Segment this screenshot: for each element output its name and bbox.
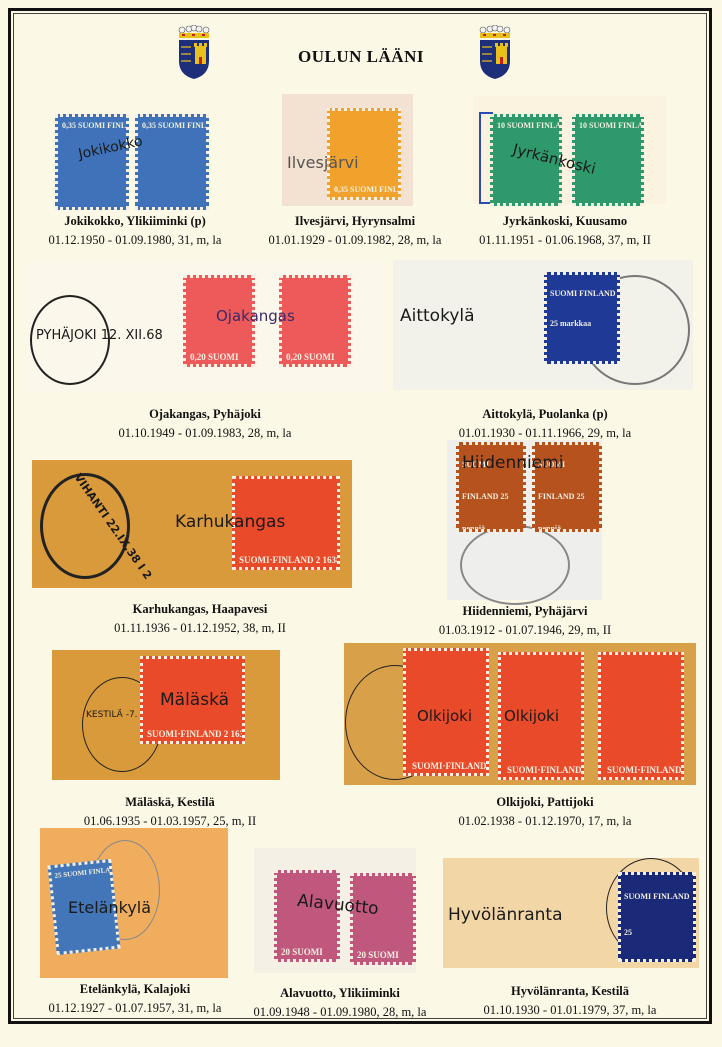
- overprint-text: Hyvölänranta: [448, 905, 562, 925]
- caption-details: 01.11.1951 - 01.06.1968, 37, m, II: [460, 231, 670, 250]
- stamp-text: SUOMI·FINLAND 2 1638 1938: [239, 555, 340, 565]
- caption-details: 01.10.1930 - 01.01.1979, 37, m, la: [460, 1001, 680, 1020]
- overprint-text: Karhukangas: [175, 512, 285, 532]
- stamp-text: 0,35 SUOMI FINLAND: [334, 185, 401, 194]
- stamp-text: 20 SUOMI: [357, 950, 399, 960]
- caption-name: Etelänkylä, Kalajoki: [30, 980, 240, 999]
- caption: Alavuotto, Ylikiiminki 01.09.1948 - 01.0…: [240, 984, 440, 1022]
- stamp-text: SUOMI FINLAND 25 markkaa: [550, 279, 616, 339]
- stamp-text: 0,20 SUOMI: [286, 352, 335, 362]
- postmark-text: PYHÄJOKI 12. XII.68: [36, 328, 163, 343]
- caption: Karhukangas, Haapavesi 01.11.1936 - 01.1…: [40, 600, 360, 638]
- caption-name: Jokikokko, Ylikiiminki (p): [30, 212, 240, 231]
- overprint-text: Ilvesjärvi: [287, 153, 359, 172]
- stamp-text: SUOMI·FINLAND 2: [507, 765, 584, 775]
- caption-name: Karhukangas, Haapavesi: [40, 600, 360, 619]
- caption-details: 01.01.1929 - 01.09.1982, 28, m, la: [255, 231, 455, 250]
- overprint-text: Olkijoki: [417, 707, 472, 725]
- postmark: [460, 525, 570, 605]
- caption-name: Ilvesjärvi, Hyrynsalmi: [255, 212, 455, 231]
- caption-name: Ojakangas, Pyhäjoki: [40, 405, 370, 424]
- stamp: 20 SUOMI: [350, 873, 416, 965]
- stamp-text: 10 SUOMI FINLAND: [579, 121, 644, 130]
- caption-name: Aittokylä, Puolanka (p): [400, 405, 690, 424]
- stamp-text: 10 SUOMI FINLAND: [497, 121, 562, 130]
- stamp-text: 25 SUOMI FINLAND: [54, 865, 120, 880]
- stamp: 0,35 SUOMI FINLAND: [135, 114, 209, 210]
- caption-name: Alavuotto, Ylikiiminki: [240, 984, 440, 1003]
- stamp: 0,35 SUOMI FINLAND: [55, 114, 129, 210]
- stamp-text: 0,20 SUOMI: [190, 352, 239, 362]
- caption: Mäläskä, Kestilä 01.06.1935 - 01.03.1957…: [40, 793, 300, 831]
- caption-name: Mäläskä, Kestilä: [40, 793, 300, 812]
- caption-details: 01.12.1927 - 01.07.1957, 31, m, la: [30, 999, 240, 1018]
- caption: Jyrkänkoski, Kuusamo 01.11.1951 - 01.06.…: [460, 212, 670, 250]
- caption-details: 01.12.1950 - 01.09.1980, 31, m, la: [30, 231, 240, 250]
- caption-name: Jyrkänkoski, Kuusamo: [460, 212, 670, 231]
- stamp-text: 20 SUOMI: [281, 947, 323, 957]
- caption-details: 01.02.1938 - 01.12.1970, 17, m, la: [400, 812, 690, 831]
- overprint-text: Ojakangas: [216, 307, 295, 325]
- stamp-text: 0,35 SUOMI FINLAND: [62, 121, 129, 130]
- overprint-text: Mäläskä: [160, 690, 229, 710]
- stamp: 20 SUOMI: [274, 870, 340, 962]
- caption: Olkijoki, Pattijoki 01.02.1938 - 01.12.1…: [400, 793, 690, 831]
- overprint-text-repeat: Olkijoki: [504, 707, 559, 725]
- caption: Hyvölänranta, Kestilä 01.10.1930 - 01.01…: [460, 982, 680, 1020]
- stamp: SUOMI·FINLAND 2: [598, 652, 684, 780]
- caption-details: 01.11.1936 - 01.12.1952, 38, m, II: [40, 619, 360, 638]
- caption-details: 01.09.1948 - 01.09.1980, 28, m, la: [240, 1003, 440, 1022]
- overprint-text: Aittokylä: [400, 306, 475, 326]
- caption-details: 01.10.1949 - 01.09.1983, 28, m, la: [40, 424, 370, 443]
- caption-details: 01.03.1912 - 01.07.1946, 29, m, II: [420, 621, 630, 640]
- stamp: SUOMI FINLAND 25: [618, 872, 696, 962]
- caption-name: Hiidenniemi, Pyhäjärvi: [420, 602, 630, 621]
- caption: Etelänkylä, Kalajoki 01.12.1927 - 01.07.…: [30, 980, 240, 1018]
- caption-name: Hyvölänranta, Kestilä: [460, 982, 680, 1001]
- stamp-text: SUOMI FINLAND 25: [624, 879, 692, 951]
- caption: Aittokylä, Puolanka (p) 01.01.1930 - 01.…: [400, 405, 690, 443]
- stamp-text: SUOMI·FINLAND 2: [412, 761, 489, 771]
- stamp: SUOMI FINLAND 25 markkaa: [544, 272, 620, 364]
- stamp-text: 0,35 SUOMI FINLAND: [142, 121, 209, 130]
- caption: Jokikokko, Ylikiiminki (p) 01.12.1950 - …: [30, 212, 240, 250]
- overprint-text: Etelänkylä: [68, 898, 151, 917]
- caption-name: Olkijoki, Pattijoki: [400, 793, 690, 812]
- overprint-text: Hiidenniemi: [462, 453, 564, 473]
- stamp-text: SUOMI·FINLAND 2: [607, 765, 684, 775]
- stamp-text: SUOMI·FINLAND 2 1638 1938: [147, 729, 245, 739]
- page-title: OULUN LÄÄNI: [0, 47, 722, 67]
- caption: Ilvesjärvi, Hyrynsalmi 01.01.1929 - 01.0…: [255, 212, 455, 250]
- caption: Ojakangas, Pyhäjoki 01.10.1949 - 01.09.1…: [40, 405, 370, 443]
- caption: Hiidenniemi, Pyhäjärvi 01.03.1912 - 01.0…: [420, 602, 630, 640]
